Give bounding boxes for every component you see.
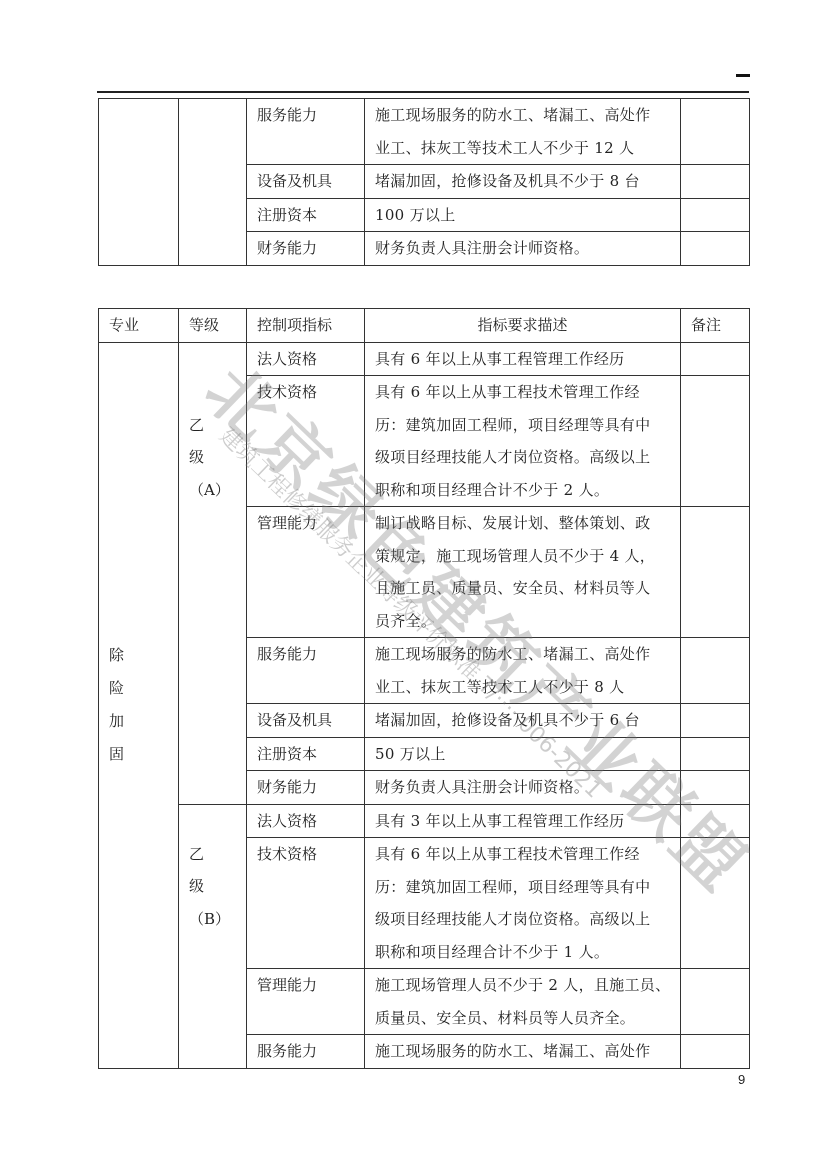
remark-cell xyxy=(681,838,750,969)
page-number: 9 xyxy=(738,1072,745,1087)
continued-table: 服务能力 施工现场服务的防水工、堵漏工、高处作业工、抹灰工等技术工人不少于 12… xyxy=(98,98,750,266)
indicator-cell: 服务能力 xyxy=(247,1035,365,1069)
header-indicator: 控制项指标 xyxy=(247,309,365,343)
description-cell: 施工现场服务的防水工、堵漏工、高处作业工、抹灰工等技术工人不少于 12 人 xyxy=(365,99,681,165)
indicator-cell: 设备及机具 xyxy=(247,704,365,738)
header-specialty: 专业 xyxy=(99,309,179,343)
description-cell: 堵漏加固，抢修设备及机具不少于 8 台 xyxy=(365,165,681,199)
description-cell: 100 万以上 xyxy=(365,198,681,232)
specialty-cell: 除险加固 xyxy=(99,342,179,1068)
qualification-table: 专业 等级 控制项指标 指标要求描述 备注 除险加固 乙级（A） 法人资格 具有… xyxy=(98,308,750,1069)
remark-cell xyxy=(681,1035,750,1069)
table-row: 乙级（B） 法人资格 具有 3 年以上从事工程管理工作经历 xyxy=(99,804,750,838)
indicator-cell: 法人资格 xyxy=(247,342,365,376)
indicator-cell: 技术资格 xyxy=(247,838,365,969)
remark-cell xyxy=(681,99,750,165)
grade-cell xyxy=(179,99,247,266)
indicator-cell: 财务能力 xyxy=(247,771,365,805)
description-cell: 堵漏加固，抢修设备及机具不少于 6 台 xyxy=(365,704,681,738)
description-cell: 具有 6 年以上从事工程技术管理工作经历：建筑加固工程师，项目经理等具有中级项目… xyxy=(365,838,681,969)
indicator-cell: 技术资格 xyxy=(247,376,365,507)
remark-cell xyxy=(681,771,750,805)
description-cell: 财务负责人具注册会计师资格。 xyxy=(365,232,681,266)
remark-cell xyxy=(681,737,750,771)
specialty-cell xyxy=(99,99,179,266)
indicator-cell: 法人资格 xyxy=(247,804,365,838)
remark-cell xyxy=(681,638,750,704)
remark-cell xyxy=(681,704,750,738)
indicator-cell: 注册资本 xyxy=(247,198,365,232)
remark-cell xyxy=(681,165,750,199)
header-grade: 等级 xyxy=(179,309,247,343)
header-mark xyxy=(736,74,750,77)
description-cell: 具有 6 年以上从事工程技术管理工作经历：建筑加固工程师，项目经理等具有中级项目… xyxy=(365,376,681,507)
table-header-row: 专业 等级 控制项指标 指标要求描述 备注 xyxy=(99,309,750,343)
remark-cell xyxy=(681,804,750,838)
grade-cell-a: 乙级（A） xyxy=(179,342,247,804)
remark-cell xyxy=(681,232,750,266)
description-cell: 施工现场管理人员不少于 2 人，且施工员、质量员、安全员、材料员等人员齐全。 xyxy=(365,969,681,1035)
remark-cell xyxy=(681,376,750,507)
header-rule xyxy=(97,91,749,93)
table-row: 服务能力 施工现场服务的防水工、堵漏工、高处作业工、抹灰工等技术工人不少于 12… xyxy=(99,99,750,165)
grade-cell-b: 乙级（B） xyxy=(179,804,247,1068)
description-cell: 具有 3 年以上从事工程管理工作经历 xyxy=(365,804,681,838)
indicator-cell: 管理能力 xyxy=(247,507,365,638)
indicator-cell: 服务能力 xyxy=(247,638,365,704)
description-cell: 50 万以上 xyxy=(365,737,681,771)
indicator-cell: 注册资本 xyxy=(247,737,365,771)
indicator-cell: 财务能力 xyxy=(247,232,365,266)
description-cell: 制订战略目标、发展计划、整体策划、政策规定，施工现场管理人员不少于 4 人，且施… xyxy=(365,507,681,638)
description-cell: 财务负责人具注册会计师资格。 xyxy=(365,771,681,805)
table-row: 除险加固 乙级（A） 法人资格 具有 6 年以上从事工程管理工作经历 xyxy=(99,342,750,376)
description-cell: 施工现场服务的防水工、堵漏工、高处作 xyxy=(365,1035,681,1069)
remark-cell xyxy=(681,198,750,232)
indicator-cell: 设备及机具 xyxy=(247,165,365,199)
description-cell: 具有 6 年以上从事工程管理工作经历 xyxy=(365,342,681,376)
description-cell: 施工现场服务的防水工、堵漏工、高处作业工、抹灰工等技术工人不少于 8 人 xyxy=(365,638,681,704)
header-remark: 备注 xyxy=(681,309,750,343)
remark-cell xyxy=(681,507,750,638)
header-description: 指标要求描述 xyxy=(365,309,681,343)
indicator-cell: 服务能力 xyxy=(247,99,365,165)
remark-cell xyxy=(681,969,750,1035)
remark-cell xyxy=(681,342,750,376)
indicator-cell: 管理能力 xyxy=(247,969,365,1035)
